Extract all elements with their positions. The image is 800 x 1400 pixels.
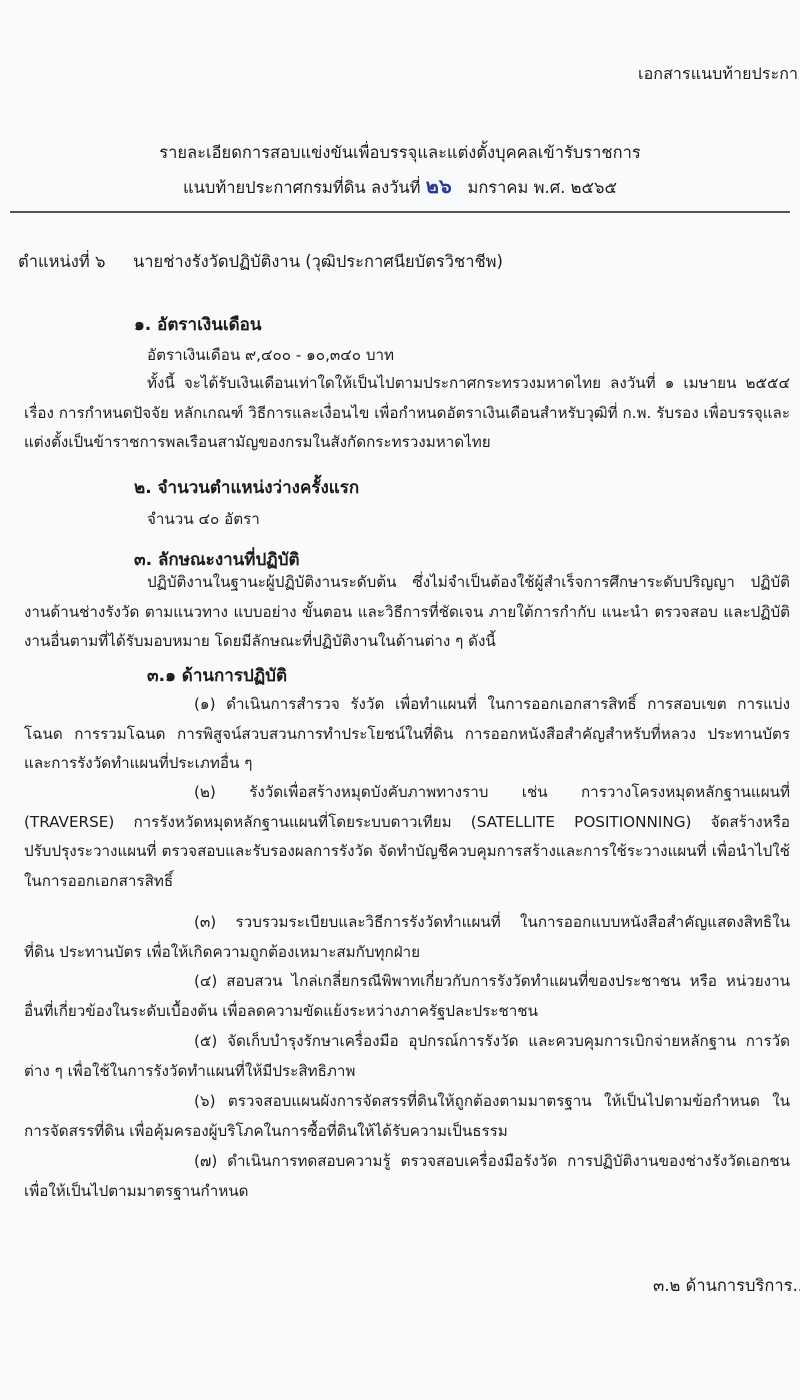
duty-item-6: (๖) ตรวจสอบแผนผังการจัดสรรที่ดินให้ถูกต้… <box>24 1087 790 1146</box>
duty-item-5: (๕) จัดเก็บบำรุงรักษาเครื่องมือ อุปกรณ์ก… <box>24 1027 790 1086</box>
attachment-note: เอกสารแนบท้ายประกา <box>638 62 798 87</box>
duty-item-7: (๗) ดำเนินการทดสอบความรู้ ตรวจสอบเครื่อง… <box>24 1147 790 1206</box>
duty-item-1: (๑) ดำเนินการสำรวจ รังวัด เพื่อทำแผนที่ … <box>24 690 790 779</box>
vacancy-count: จำนวน ๔๐ อัตรา <box>147 507 260 531</box>
section-vacancies-heading: ๒. จำนวนตำแหน่งว่างครั้งแรก <box>134 474 359 501</box>
duty-item-4: (๔) สอบสวน ไกล่เกลี่ยกรณีพิพาทเกี่ยวกับก… <box>24 967 790 1026</box>
salary-rate: อัตราเงินเดือน ๙,๔๐๐ - ๑๐,๓๔๐ บาท <box>147 343 394 367</box>
document-title: รายละเอียดการสอบแข่งขันเพื่อบรรจุและแต่ง… <box>0 140 800 166</box>
announcement-month-year: มกราคม พ.ศ. ๒๕๖๕ <box>467 178 617 197</box>
salary-note: ทั้งนี้ จะได้รับเงินเดือนเท่าใดให้เป็นไป… <box>24 369 790 458</box>
subsection-practice-heading: ๓.๑ ด้านการปฏิบัติ <box>147 662 287 689</box>
position-number: ตำแหน่งที่ ๖ <box>18 249 133 275</box>
duty-item-2: (๒) รังวัดเพื่อสร้างหมุดบังคับภาพทางราบ … <box>24 778 790 896</box>
position-heading: ตำแหน่งที่ ๖นายช่างรังวัดปฏิบัติงาน (วุฒ… <box>18 249 503 275</box>
announcement-prefix: แนบท้ายประกาศกรมที่ดิน ลงวันที่ <box>183 178 421 197</box>
document-page: เอกสารแนบท้ายประกา รายละเอียดการสอบแข่งข… <box>0 0 800 1400</box>
duty-item-3: (๓) รวบรวมระเบียบและวิธีการรังวัดทำแผนที… <box>24 908 790 967</box>
continued-next-page: ๓.๒ ด้านการบริการ... <box>653 1273 800 1299</box>
handwritten-day: ๒๖ <box>426 174 452 198</box>
section-salary-heading: ๑. อัตราเงินเดือน <box>134 311 262 338</box>
duties-intro: ปฏิบัติงานในฐานะผู้ปฏิบัติงานระดับต้น ซึ… <box>24 568 790 657</box>
header-divider <box>10 211 790 213</box>
announcement-date-line: แนบท้ายประกาศกรมที่ดิน ลงวันที่ ๒๖ มกราค… <box>0 170 800 202</box>
position-title: นายช่างรังวัดปฏิบัติงาน (วุฒิประกาศนียบั… <box>133 252 503 271</box>
